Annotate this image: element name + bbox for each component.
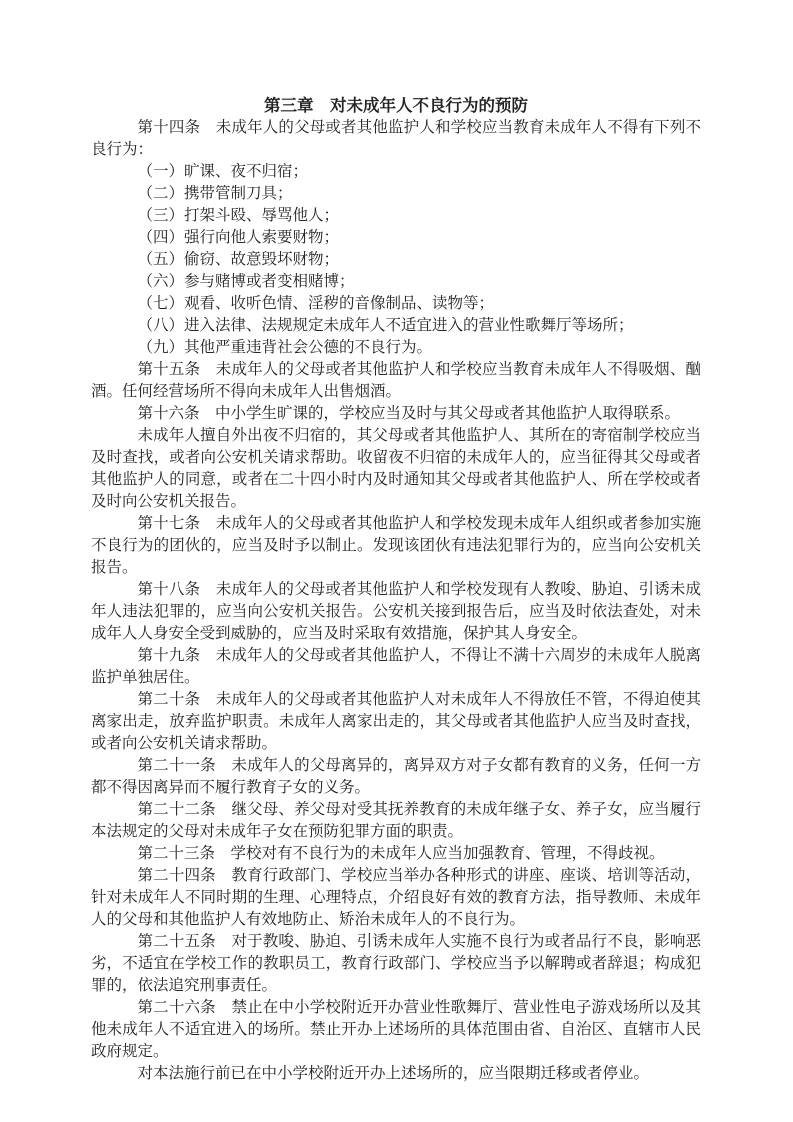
article-14-item-3: （三）打架斗殴、辱骂他人； [91, 205, 701, 227]
article-14-item-6: （六）参与赌博或者变相赌博； [91, 271, 701, 293]
article-22: 第二十二条 继父母、养父母对受其抚养教育的未成年继子女、养子女，应当履行本法规定… [91, 799, 701, 843]
article-14-item-4: （四）强行向他人索要财物； [91, 227, 701, 249]
article-26-para-2: 对本法施行前已在中小学校附近开办上述场所的，应当限期迁移或者停业。 [91, 1063, 701, 1085]
article-16-para-2: 未成年人擅自外出夜不归宿的，其父母或者其他监护人、其所在的寄宿制学校应当及时查找… [91, 425, 701, 513]
article-14-item-5: （五）偷窃、故意毁坏财物； [91, 249, 701, 271]
article-14-item-7: （七）观看、收听色情、淫秽的音像制品、读物等； [91, 293, 701, 315]
document-page: 第三章 对未成年人不良行为的预防 第十四条 未成年人的父母或者其他监护人和学校应… [0, 0, 793, 1122]
article-17: 第十七条 未成年人的父母或者其他监护人和学校发现未成年人组织或者参加实施不良行为… [91, 513, 701, 579]
article-23: 第二十三条 学校对有不良行为的未成年人应当加强教育、管理，不得歧视。 [91, 843, 701, 865]
article-19: 第十九条 未成年人的父母或者其他监护人，不得让不满十六周岁的未成年人脱离监护单独… [91, 645, 701, 689]
article-24: 第二十四条 教育行政部门、学校应当举办各种形式的讲座、座谈、培训等活动，针对未成… [91, 865, 701, 931]
article-14-item-8: （八）进入法律、法规规定未成年人不适宜进入的营业性歌舞厅等场所； [91, 315, 701, 337]
article-18: 第十八条 未成年人的父母或者其他监护人和学校发现有人教唆、胁迫、引诱未成年人违法… [91, 579, 701, 645]
article-14-item-9: （九）其他严重违背社会公德的不良行为。 [91, 337, 701, 359]
article-20: 第二十条 未成年人的父母或者其他监护人对未成年人不得放任不管，不得迫使其离家出走… [91, 689, 701, 755]
article-14-item-1: （一）旷课、夜不归宿； [91, 161, 701, 183]
article-14-item-2: （二）携带管制刀具； [91, 183, 701, 205]
article-15: 第十五条 未成年人的父母或者其他监护人和学校应当教育未成年人不得吸烟、酗酒。任何… [91, 359, 701, 403]
article-14-intro: 第十四条 未成年人的父母或者其他监护人和学校应当教育未成年人不得有下列不良行为： [91, 117, 701, 161]
chapter-heading: 第三章 对未成年人不良行为的预防 [91, 95, 701, 117]
article-16-para-1: 第十六条 中小学生旷课的，学校应当及时与其父母或者其他监护人取得联系。 [91, 403, 701, 425]
article-25: 第二十五条 对于教唆、胁迫、引诱未成年人实施不良行为或者品行不良，影响恶劣，不适… [91, 931, 701, 997]
article-21: 第二十一条 未成年人的父母离异的，离异双方对子女都有教育的义务，任何一方都不得因… [91, 755, 701, 799]
article-26-para-1: 第二十六条 禁止在中小学校附近开办营业性歌舞厅、营业性电子游戏场所以及其他未成年… [91, 997, 701, 1063]
